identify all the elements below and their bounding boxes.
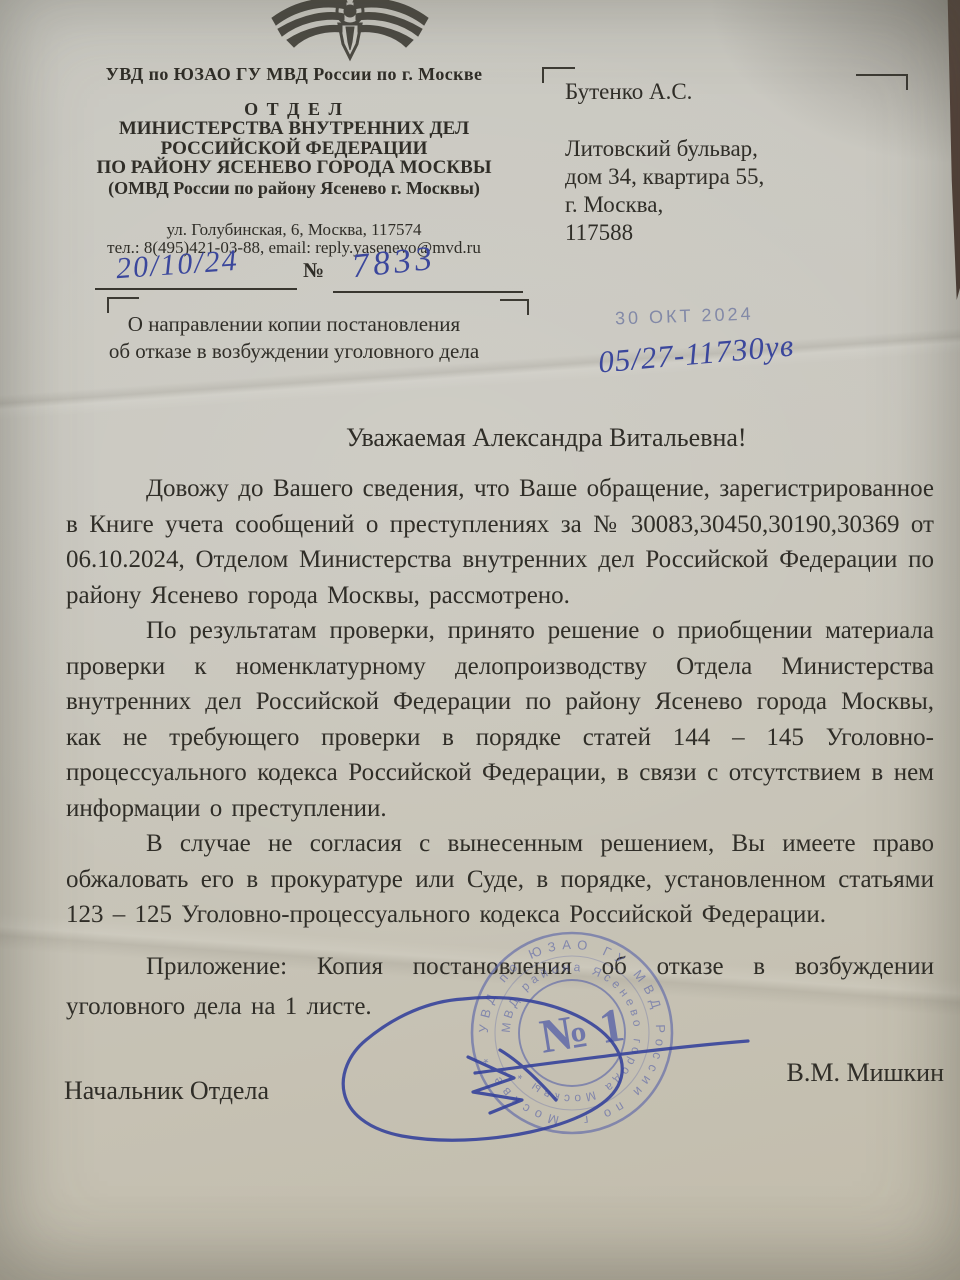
body-paragraph: Довожу до Вашего сведения, что Ваше обра… bbox=[66, 471, 934, 613]
handwritten-date: 20/10/24 bbox=[115, 244, 240, 286]
scanned-letter-page: УВД по ЮЗАО ГУ МВД России по г. Москве О… bbox=[0, 0, 960, 1280]
addressee-address-line: 117588 bbox=[565, 219, 764, 247]
body-paragraph: По результатам проверки, принято решение… bbox=[66, 613, 934, 826]
addressee-address-line: дом 34, квартира 55, bbox=[565, 163, 764, 191]
subject-line: О направлении копии постановления bbox=[58, 311, 530, 338]
letterhead-org-block: УВД по ЮЗАО ГУ МВД России по г. Москве О… bbox=[58, 64, 530, 256]
addressee-address-line: Литовский бульвар, bbox=[565, 135, 764, 163]
org-line: О Т Д Е Л bbox=[58, 100, 530, 119]
addressee-block: Бутенко А.С. Литовский бульвар, дом 34, … bbox=[565, 78, 764, 247]
mvd-eagle-emblem-icon bbox=[268, 0, 432, 64]
org-postal-address: ул. Голубинская, 6, Москва, 117574 bbox=[58, 221, 530, 238]
signer-position: Начальник Отдела bbox=[64, 1076, 269, 1106]
addressee-name: Бутенко А.С. bbox=[565, 78, 764, 106]
attachment-paragraph: Приложение: Копия постановления об отказ… bbox=[66, 947, 934, 1027]
subject-block: О направлении копии постановления об отк… bbox=[58, 311, 530, 365]
org-line: (ОМВД России по району Ясенево г. Москвы… bbox=[58, 178, 530, 199]
signer-name: В.М. Мишкин bbox=[787, 1058, 944, 1088]
incoming-date-stamp: 30 ОКТ 2024 bbox=[615, 304, 754, 330]
body-paragraph: В случае не согласия с вынесенным решени… bbox=[66, 826, 934, 933]
salutation: Уважаемая Александра Витальевна! bbox=[346, 423, 747, 453]
number-sign: № bbox=[303, 258, 324, 283]
letter-body: Довожу до Вашего сведения, что Ваше обра… bbox=[66, 471, 934, 1027]
org-line: ПО РАЙОНУ ЯСЕНЕВО ГОРОДА МОСКВЫ bbox=[58, 158, 530, 178]
photo-background-edge bbox=[945, 0, 960, 300]
handwritten-registration-number: 05/27-11730ув bbox=[597, 328, 796, 381]
handwritten-outgoing-number: 7833 bbox=[350, 240, 438, 287]
org-line: РОССИЙСКОЙ ФЕДЕРАЦИИ bbox=[58, 139, 530, 159]
subject-line: об отказе в возбуждении уголовного дела bbox=[58, 338, 530, 365]
addressee-field-bracket bbox=[856, 74, 908, 90]
date-underline bbox=[95, 288, 297, 290]
org-line: МИНИСТЕРСТВА ВНУТРЕННИХ ДЕЛ bbox=[58, 119, 530, 139]
addressee-address-line: г. Москва, bbox=[565, 191, 764, 219]
number-underline bbox=[333, 291, 523, 293]
org-parent-name: УВД по ЮЗАО ГУ МВД России по г. Москве bbox=[58, 64, 530, 85]
